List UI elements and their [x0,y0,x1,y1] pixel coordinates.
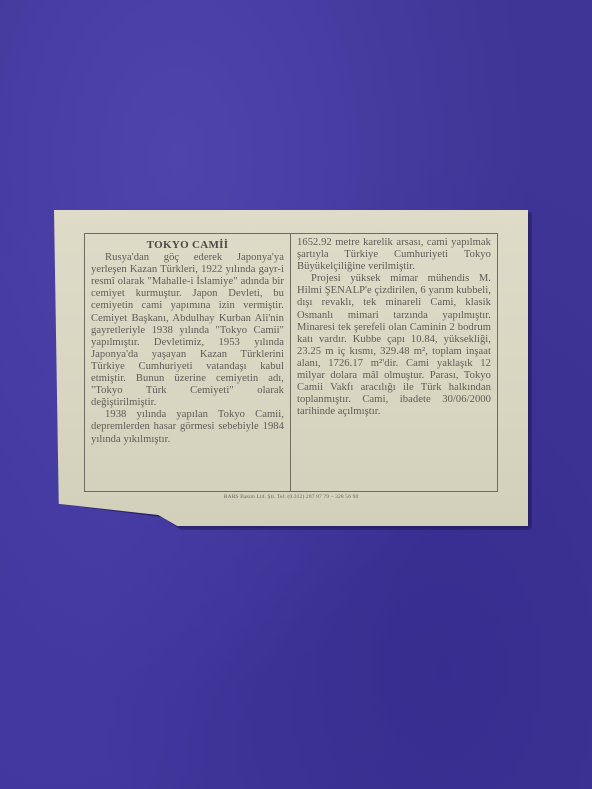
article-paragraph: 1938 yılında yapılan Tokyo Camii, deprem… [91,409,284,445]
article-paragraph: Rusya'dan göç ederek Japonya'ya yerleşen… [91,252,284,409]
article-right-column: 1652.92 metre karelik arsası, cami yapıl… [291,234,497,491]
printer-footer: BARS Basım Ltd. Şti. Tel: (0.312) 287 87… [54,494,528,500]
newspaper-clipping: TOKYO CAMİİ Rusya'dan göç ederek Japonya… [54,210,528,526]
article-title: TOKYO CAMİİ [91,239,284,251]
article-left-column: TOKYO CAMİİ Rusya'dan göç ederek Japonya… [85,234,291,491]
article-paragraph: 1652.92 metre karelik arsası, cami yapıl… [297,237,491,273]
article-box: TOKYO CAMİİ Rusya'dan göç ederek Japonya… [84,233,498,492]
article-paragraph: Projesi yüksek mimar mühendis M. Hilmi Ş… [297,273,491,418]
